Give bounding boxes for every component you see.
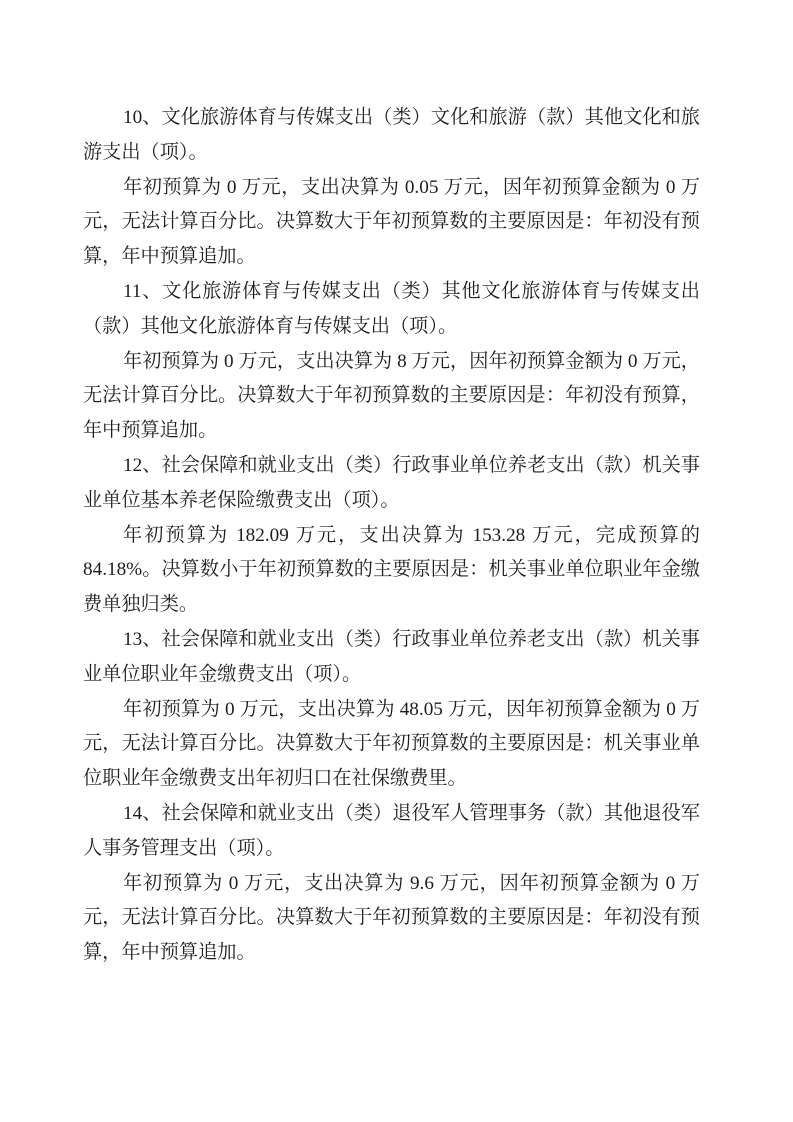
item-10-heading: 10、文化旅游体育与传媒支出（类）文化和旅游（款）其他文化和旅 游支出（项）。: [83, 101, 700, 171]
item-14-heading: 14、社会保障和就业支出（类）退役军人管理事务（款）其他退役军 人事务管理支出（…: [83, 797, 700, 867]
heading-line: 业单位基本养老保险缴费支出（项）。: [83, 484, 700, 519]
heading-line: 13、社会保障和就业支出（类）行政事业单位养老支出（款）机关事: [83, 623, 700, 658]
budget-item-11: 11、文化旅游体育与传媒支出（类）其他文化旅游体育与传媒支出 （款）其他文化旅游…: [83, 275, 700, 449]
detail-line: 年中预算追加。: [83, 414, 700, 449]
detail-line: 无法计算百分比。决算数大于年初预算数的主要原因是：年初没有预算，: [83, 379, 700, 414]
detail-line: 年初预算为 0 万元，支出决算为 0.05 万元，因年初预算金额为 0 万: [83, 171, 700, 206]
budget-item-14: 14、社会保障和就业支出（类）退役军人管理事务（款）其他退役军 人事务管理支出（…: [83, 797, 700, 971]
detail-line: 位职业年金缴费支出年初归口在社保缴费里。: [83, 762, 700, 797]
item-10-detail: 年初预算为 0 万元，支出决算为 0.05 万元，因年初预算金额为 0 万 元，…: [83, 171, 700, 275]
detail-line: 算，年中预算追加。: [83, 936, 700, 971]
detail-line: 算，年中预算追加。: [83, 240, 700, 275]
heading-line: 游支出（项）。: [83, 136, 700, 171]
item-14-detail: 年初预算为 0 万元，支出决算为 9.6 万元，因年初预算金额为 0 万 元，无…: [83, 867, 700, 971]
heading-line: 12、社会保障和就业支出（类）行政事业单位养老支出（款）机关事: [83, 449, 700, 484]
detail-line: 年初预算为 0 万元，支出决算为 8 万元，因年初预算金额为 0 万元，: [83, 345, 700, 380]
detail-line: 费单独归类。: [83, 588, 700, 623]
budget-item-12: 12、社会保障和就业支出（类）行政事业单位养老支出（款）机关事 业单位基本养老保…: [83, 449, 700, 623]
detail-line: 元，无法计算百分比。决算数大于年初预算数的主要原因是：年初没有预: [83, 901, 700, 936]
detail-line: 年初预算为 182.09 万元，支出决算为 153.28 万元，完成预算的: [83, 519, 700, 554]
item-12-heading: 12、社会保障和就业支出（类）行政事业单位养老支出（款）机关事 业单位基本养老保…: [83, 449, 700, 519]
item-11-detail: 年初预算为 0 万元，支出决算为 8 万元，因年初预算金额为 0 万元， 无法计…: [83, 345, 700, 449]
document-body: 10、文化旅游体育与传媒支出（类）文化和旅游（款）其他文化和旅 游支出（项）。 …: [83, 101, 700, 971]
item-13-detail: 年初预算为 0 万元，支出决算为 48.05 万元，因年初预算金额为 0 万 元…: [83, 693, 700, 797]
heading-line: 业单位职业年金缴费支出（项）。: [83, 658, 700, 693]
item-12-detail: 年初预算为 182.09 万元，支出决算为 153.28 万元，完成预算的 84…: [83, 519, 700, 623]
detail-line: 元，无法计算百分比。决算数大于年初预算数的主要原因是：机关事业单: [83, 727, 700, 762]
heading-line: 14、社会保障和就业支出（类）退役军人管理事务（款）其他退役军: [83, 797, 700, 832]
heading-line: 人事务管理支出（项）。: [83, 832, 700, 867]
document-page: 10、文化旅游体育与传媒支出（类）文化和旅游（款）其他文化和旅 游支出（项）。 …: [0, 0, 793, 1122]
budget-item-10: 10、文化旅游体育与传媒支出（类）文化和旅游（款）其他文化和旅 游支出（项）。 …: [83, 101, 700, 275]
detail-line: 年初预算为 0 万元，支出决算为 48.05 万元，因年初预算金额为 0 万: [83, 693, 700, 728]
detail-line: 84.18%。决算数小于年初预算数的主要原因是：机关事业单位职业年金缴: [83, 553, 700, 588]
budget-item-13: 13、社会保障和就业支出（类）行政事业单位养老支出（款）机关事 业单位职业年金缴…: [83, 623, 700, 797]
detail-line: 年初预算为 0 万元，支出决算为 9.6 万元，因年初预算金额为 0 万: [83, 867, 700, 902]
detail-line: 元，无法计算百分比。决算数大于年初预算数的主要原因是：年初没有预: [83, 205, 700, 240]
item-11-heading: 11、文化旅游体育与传媒支出（类）其他文化旅游体育与传媒支出 （款）其他文化旅游…: [83, 275, 700, 345]
item-13-heading: 13、社会保障和就业支出（类）行政事业单位养老支出（款）机关事 业单位职业年金缴…: [83, 623, 700, 693]
heading-line: （款）其他文化旅游体育与传媒支出（项）。: [83, 310, 700, 345]
heading-line: 11、文化旅游体育与传媒支出（类）其他文化旅游体育与传媒支出: [83, 275, 700, 310]
heading-line: 10、文化旅游体育与传媒支出（类）文化和旅游（款）其他文化和旅: [83, 101, 700, 136]
